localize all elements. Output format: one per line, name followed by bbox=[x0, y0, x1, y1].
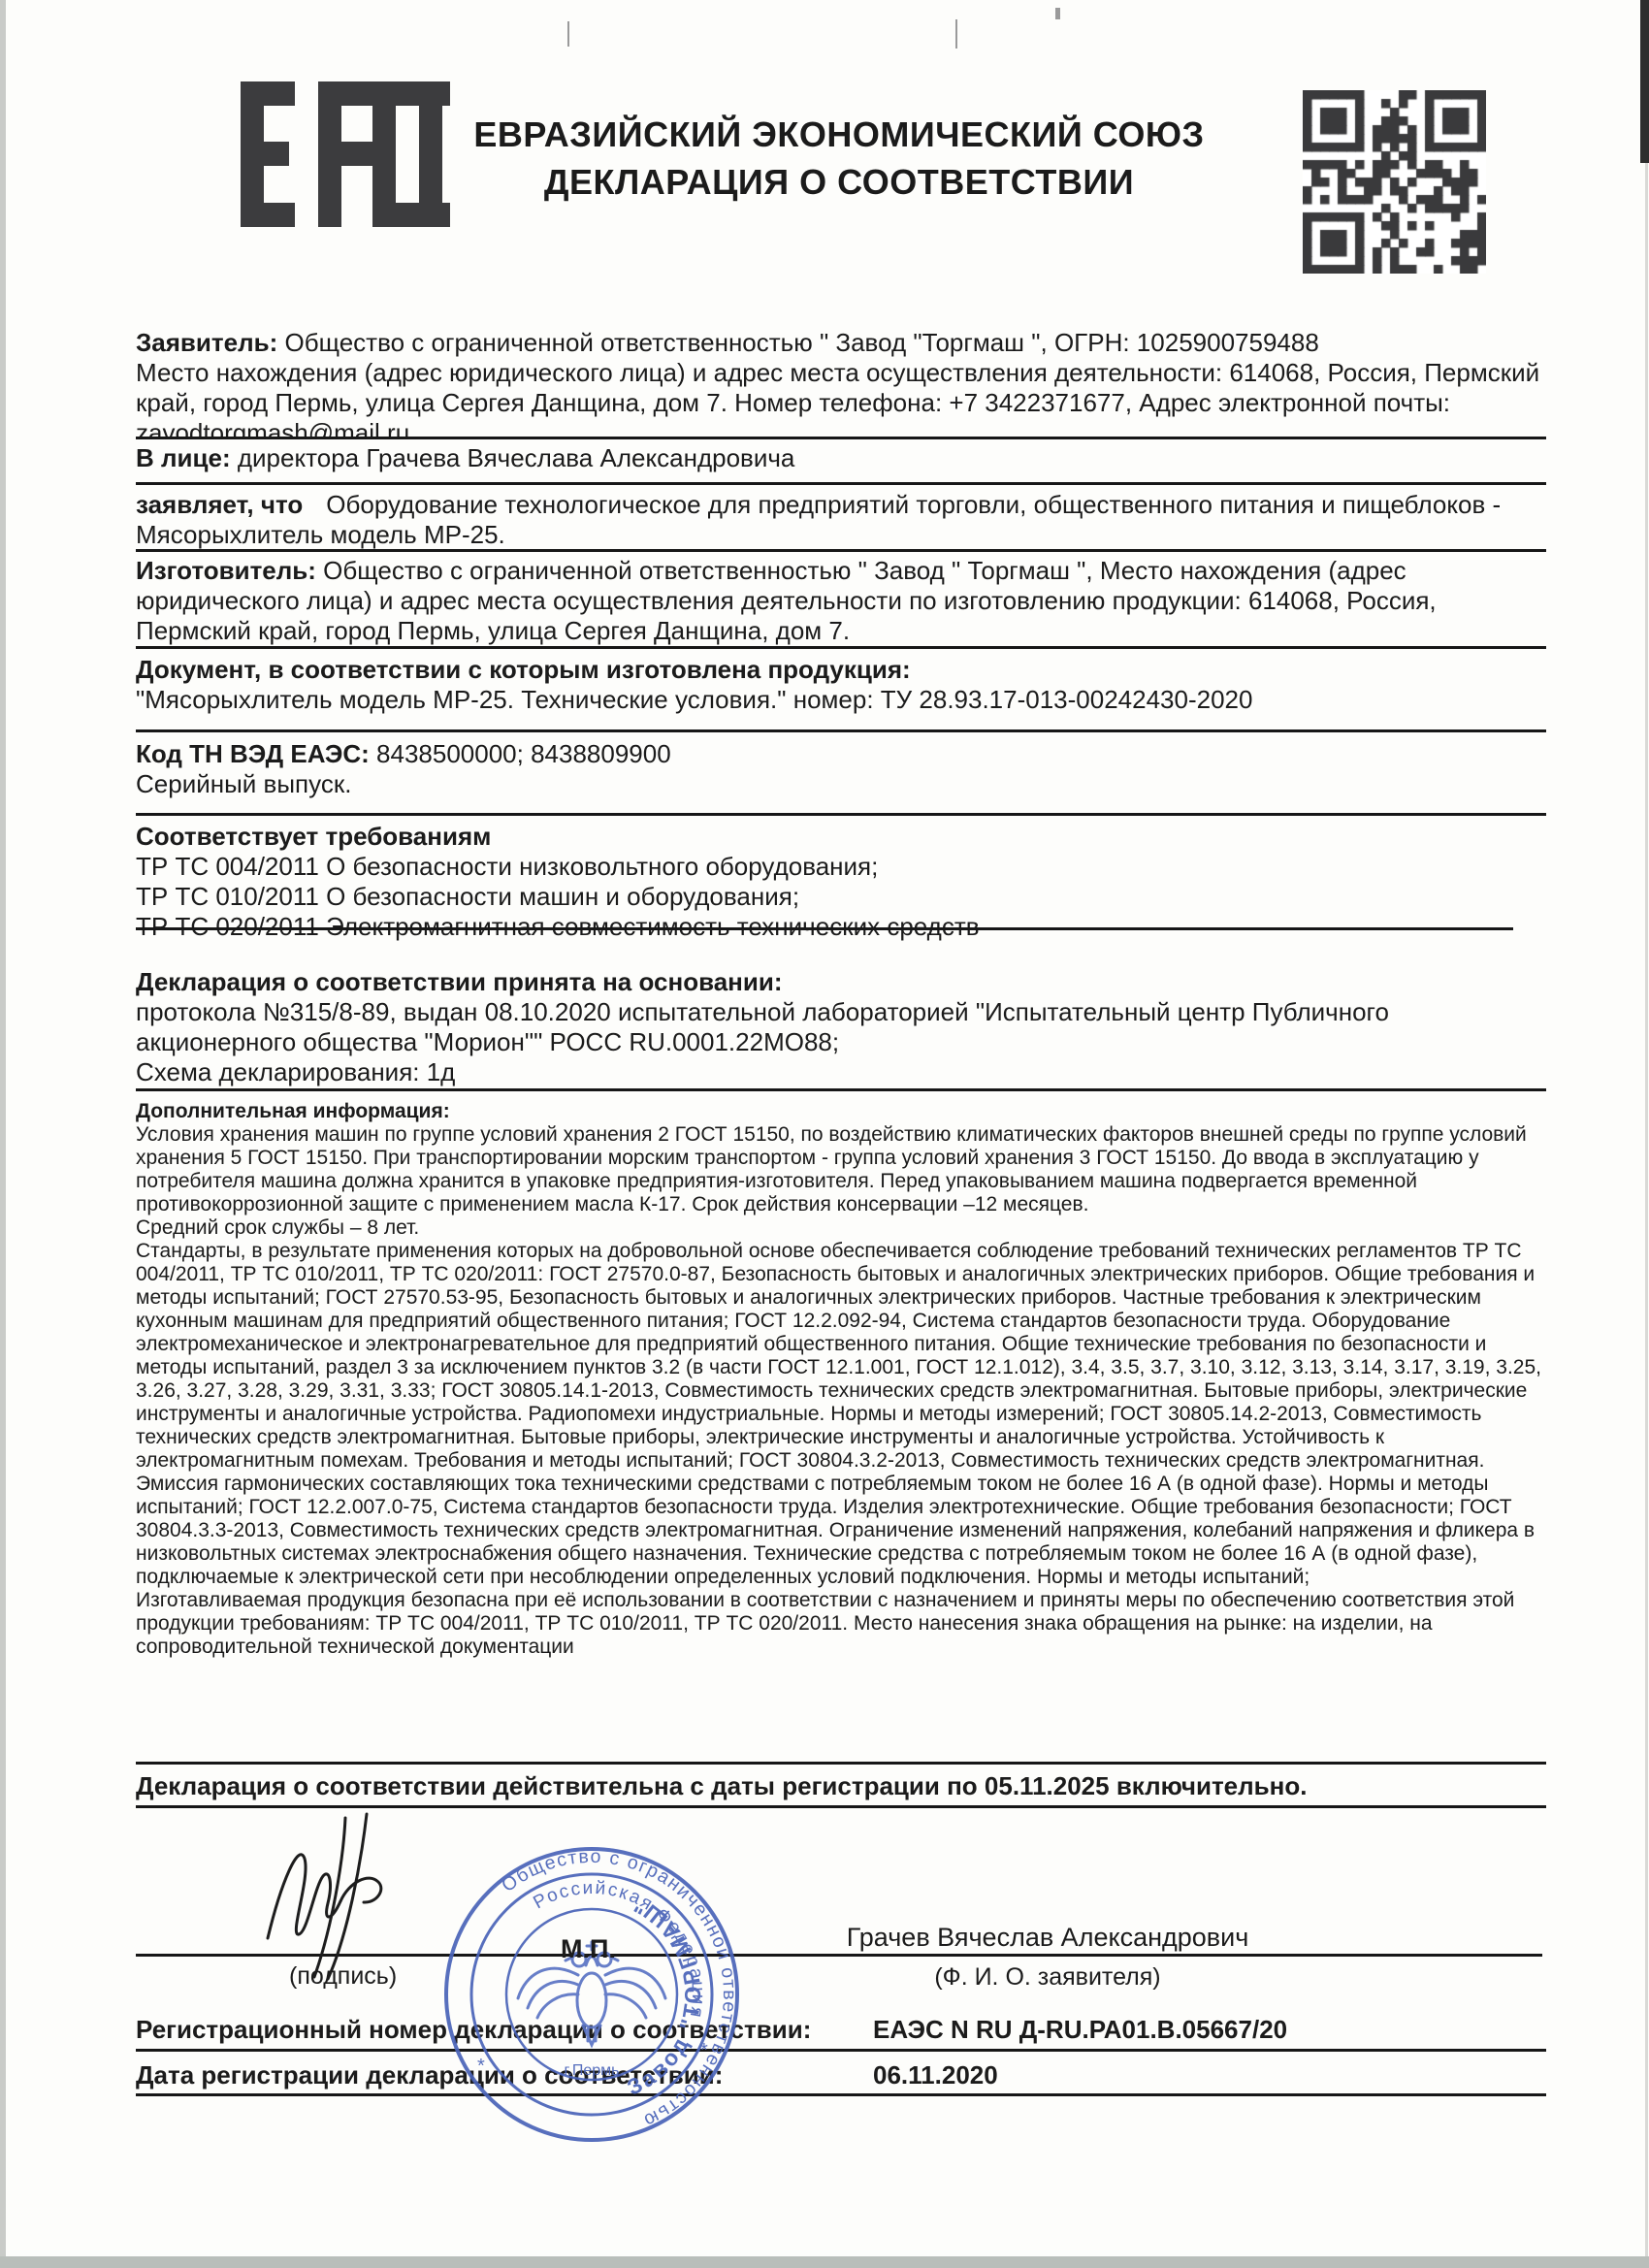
declaration-document-page: ЕВРАЗИЙСКИЙ ЭКОНОМИЧЕСКИЙ СОЮЗ ДЕКЛАРАЦИ… bbox=[0, 0, 1649, 2268]
scan-noise-mark bbox=[955, 19, 957, 49]
divider bbox=[136, 1088, 1546, 1091]
title-line-union: ЕВРАЗИЙСКИЙ ЭКОНОМИЧЕСКИЙ СОЮЗ bbox=[378, 111, 1300, 158]
divider bbox=[136, 482, 1546, 485]
additional-paragraph: Стандарты, в результате применения котор… bbox=[136, 1240, 1547, 1589]
manufacturer-label: Изготовитель: bbox=[136, 556, 316, 585]
stamp-star-left: * bbox=[477, 2056, 485, 2077]
stamp-star-right: * bbox=[700, 2040, 708, 2061]
basis-protocol: протокола №315/8-89, выдан 08.10.2020 ис… bbox=[136, 997, 1547, 1057]
conforms-item: ТР ТС 010/2011 О безопасности машин и об… bbox=[136, 882, 1547, 912]
title-line-declaration: ДЕКЛАРАЦИЯ О СООТВЕТСТВИИ bbox=[378, 158, 1300, 206]
divider bbox=[136, 437, 1546, 439]
manufacturer-text: Общество с ограниченной ответственностью… bbox=[136, 556, 1437, 645]
applicant-address: Место нахождения (адрес юридического лиц… bbox=[136, 358, 1547, 437]
manufacturer-section: Изготовитель: Общество с ограниченной от… bbox=[136, 556, 1547, 648]
scan-noise-mark bbox=[567, 21, 569, 47]
applicant-section: Заявитель: Общество с ограниченной ответ… bbox=[136, 328, 1547, 437]
reg-date-value: 06.11.2020 bbox=[873, 2060, 1542, 2090]
validity-statement: Декларация о соответствии действительна … bbox=[136, 1771, 1547, 1801]
tnved-section: Код ТН ВЭД ЕАЭС: 8438500000; 8438809900 … bbox=[136, 739, 1547, 799]
declares-section: заявляет, чтоОборудование технологическо… bbox=[136, 490, 1547, 550]
additional-paragraph: Средний срок службы – 8 лет. bbox=[136, 1216, 1547, 1240]
basis-section: Декларация о соответствии принята на осн… bbox=[136, 967, 1547, 1087]
stamp-city-text: г.Пермь bbox=[565, 2062, 620, 2079]
scan-bottom-edge bbox=[0, 2256, 1649, 2268]
additional-heading: Дополнительная информация: bbox=[136, 1100, 1547, 1123]
scan-right-edge-dark bbox=[1640, 0, 1649, 163]
round-seal-stamp: Общество с ограниченной ответственностью… bbox=[436, 1839, 747, 2150]
divider bbox=[136, 646, 1546, 649]
conforms-item: ТР ТС 004/2011 О безопасности низковольт… bbox=[136, 852, 1547, 882]
applicant-label: Заявитель: bbox=[136, 328, 277, 357]
conforms-heading: Соответствует требованиям bbox=[136, 822, 1547, 852]
mp-seal-placeholder: М.П. bbox=[561, 1934, 616, 1964]
divider bbox=[136, 1805, 1546, 1808]
divider bbox=[136, 2093, 1546, 2096]
document-value: "Мясорыхлитель модель МР-25. Технические… bbox=[136, 685, 1547, 715]
basis-heading: Декларация о соответствии принята на осн… bbox=[136, 967, 1547, 997]
applicant-name-caption: (Ф. И. О. заявителя) bbox=[795, 1963, 1300, 1992]
scan-left-edge bbox=[0, 0, 6, 2268]
divider bbox=[136, 2049, 1546, 2052]
divider bbox=[136, 549, 1546, 552]
scan-noise-mark bbox=[1055, 8, 1060, 19]
scan-right-edge bbox=[1645, 163, 1648, 2268]
tnved-value: 8438500000; 8438809900 bbox=[376, 739, 671, 768]
basis-scheme: Схема декларирования: 1д bbox=[136, 1057, 1547, 1087]
applicant-name: Грачев Вячеслав Александрович bbox=[795, 1923, 1300, 1953]
divider bbox=[136, 813, 1546, 816]
applicant-company: Общество с ограниченной ответственностью… bbox=[284, 328, 1318, 357]
reg-number-value: ЕАЭС N RU Д-RU.РА01.В.05667/20 bbox=[873, 2015, 1542, 2045]
serial-issue: Серийный выпуск. bbox=[136, 769, 1547, 799]
additional-paragraph: Изготавливаемая продукция безопасна при … bbox=[136, 1589, 1547, 1659]
document-basis-section: Документ, в соответствии с которым изгот… bbox=[136, 655, 1547, 715]
additional-info-section: Дополнительная информация: Условия хране… bbox=[136, 1100, 1547, 1760]
document-title: ЕВРАЗИЙСКИЙ ЭКОНОМИЧЕСКИЙ СОЮЗ ДЕКЛАРАЦИ… bbox=[378, 111, 1300, 206]
person-label: В лице: bbox=[136, 443, 231, 472]
conforms-section: Соответствует требованиям ТР ТС 004/2011… bbox=[136, 822, 1547, 942]
person-name: директора Грачева Вячеслава Александрови… bbox=[238, 443, 795, 472]
tnved-label: Код ТН ВЭД ЕАЭС: bbox=[136, 739, 370, 768]
declares-label: заявляет, что bbox=[136, 490, 303, 519]
document-label: Документ, в соответствии с которым изгот… bbox=[136, 655, 1547, 685]
qr-code-icon bbox=[1303, 90, 1486, 274]
divider bbox=[136, 927, 1513, 930]
person-section: В лице: директора Грачева Вячеслава Алек… bbox=[136, 443, 1547, 473]
declares-product: Оборудование технологическое для предпри… bbox=[136, 490, 1501, 549]
divider bbox=[136, 729, 1546, 732]
divider bbox=[136, 1762, 1546, 1765]
additional-paragraph: Условия хранения машин по группе условий… bbox=[136, 1123, 1547, 1216]
